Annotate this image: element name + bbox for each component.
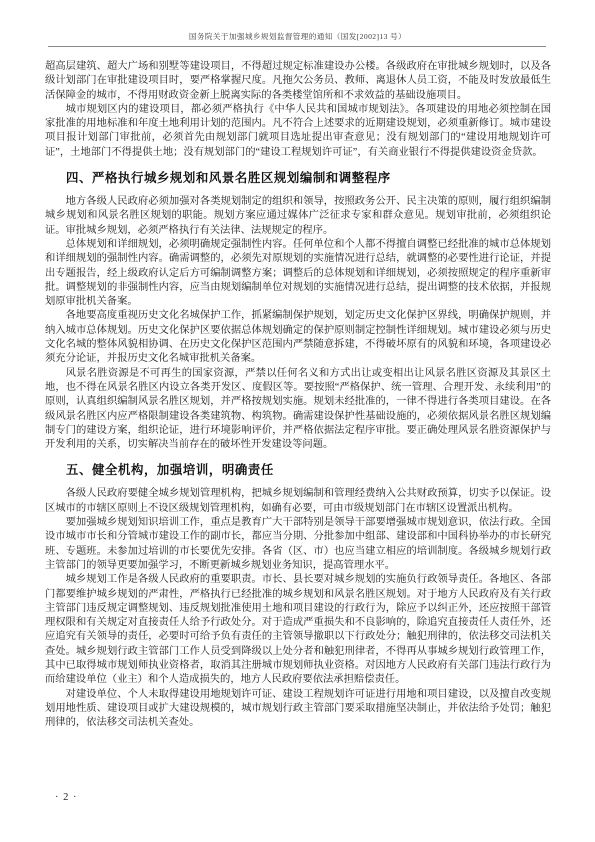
header-rule xyxy=(48,46,546,47)
paragraph: 城市规划区内的建设项目，都必须严格执行《中华人民共和国城市规划法》。各项建设的用… xyxy=(45,103,551,160)
paragraph: 对建设单位、个人未取得建设用地规划许可证、建设工程规划许可证进行用地和项目建设，… xyxy=(45,688,551,731)
section-heading: 四、严格执行城乡规划和风景名胜区规划编制和调整程序 xyxy=(45,171,551,186)
paragraph: 风景名胜资源是不可再生的国家资源，严禁以任何名义和方式出让或变相出让风景名胜区资… xyxy=(45,367,551,453)
paragraph: 各地要高度重视历史文化名城保护工作，抓紧编制保护规划，划定历史文化保护区界线，明… xyxy=(45,309,551,366)
paragraph: 总体规划和详细规划，必须明确规定强制性内容。任何单位和个人都不得擅自调整已经批准… xyxy=(45,238,551,309)
paragraph: 超高层建筑、超大广场和别墅等建设项目，不得超过规定标准建设办公楼。各级政府在审批… xyxy=(45,60,551,103)
running-header: 国务院关于加强城乡规划监督管理的通知（国发[2002]13 号） xyxy=(0,31,595,43)
document-body: 超高层建筑、超大广场和别墅等建设项目，不得超过规定标准建设办公楼。各级政府在审批… xyxy=(45,60,551,730)
page-number: · 2 · xyxy=(55,792,78,803)
paragraph: 地方各级人民政府必须加强对各类规划制定的组织和领导，按照政务公开、民主决策的原则… xyxy=(45,195,551,238)
document-page: 国务院关于加强城乡规划监督管理的通知（国发[2002]13 号） 超高层建筑、超… xyxy=(0,0,595,842)
paragraph: 城乡规划工作是各级人民政府的重要职责。市长、县长要对城乡规划的实施负行政领导责任… xyxy=(45,573,551,687)
section-heading: 五、健全机构，加强培训，明确责任 xyxy=(45,463,551,478)
paragraph: 要加强城乡规划知识培训工作，重点是教育广大干部特别是领导干部要增强城市规划意识，… xyxy=(45,516,551,573)
paragraph: 各级人民政府要健全城乡规划管理机构，把城乡规划编制和管理经费纳入公共财政预算，切… xyxy=(45,487,551,516)
